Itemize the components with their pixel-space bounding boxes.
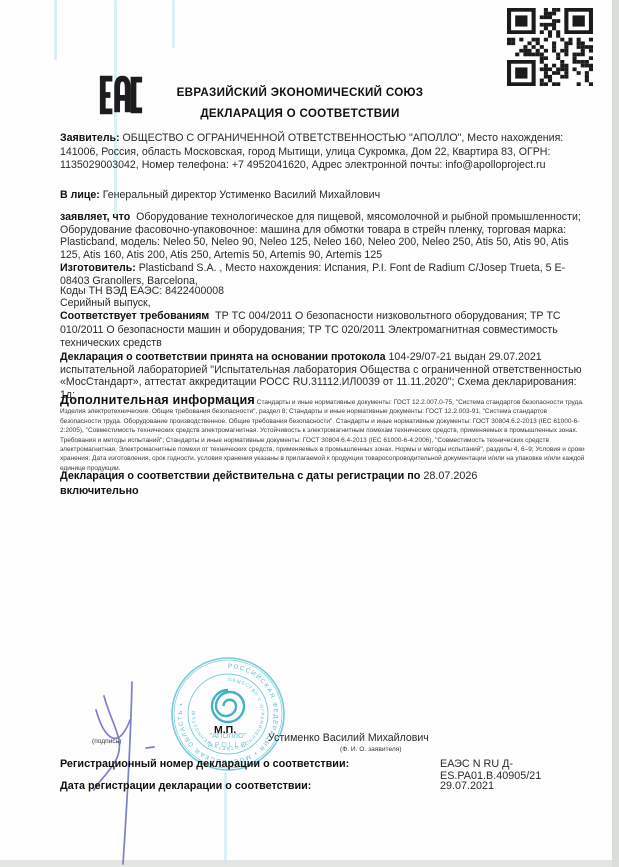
declares-label: заявляет, что (60, 211, 130, 223)
person-text: Генеральный директор Устименко Василий М… (103, 189, 380, 201)
additional-info-text: Стандарты и иные нормативные документы: … (60, 399, 585, 472)
qr-code-icon (507, 8, 593, 86)
validity-suffix: включительно (60, 485, 139, 497)
basis-label: Декларация о соответствии принята на осн… (60, 351, 386, 363)
document-title: ДЕКЛАРАЦИЯ О СООТВЕТСТВИИ (0, 107, 600, 120)
manufacturer-paragraph: Изготовитель: Plasticband S.A. , Место н… (60, 262, 587, 287)
mp-seal-label: М.П. (214, 724, 236, 736)
person-label: В лице: (60, 189, 100, 201)
validity-label: Декларация о соответствии действительна … (60, 470, 420, 482)
applicant-label: Заявитель: (60, 132, 120, 144)
scan-streak (54, 0, 57, 60)
registration-date-row: Дата регистрации декларации о соответств… (60, 780, 600, 792)
complies-paragraph: Соответствует требованиям ТР ТС 004/2011… (60, 310, 587, 351)
registration-number-row: Регистрационный номер декларации о соотв… (60, 758, 600, 770)
stamp-center-text-2: APOLLO (208, 742, 248, 749)
tnved-line: Коды ТН ВЭД ЕАЭС: 8422400008 (60, 285, 224, 297)
signature-caption: (подпись) (92, 738, 121, 745)
stamp-swirl-icon (212, 690, 244, 722)
serial-line: Серийный выпуск, (60, 297, 151, 309)
declares-paragraph: заявляет, что Оборудование технологическ… (60, 211, 587, 262)
union-title: ЕВРАЗИЙСКИЙ ЭКОНОМИЧЕСКИЙ СОЮЗ (0, 86, 600, 99)
manufacturer-label: Изготовитель: (60, 262, 136, 274)
person-paragraph: В лице: Генеральный директор Устименко В… (60, 189, 587, 203)
fio-caption: (Ф. И. О. заявителя) (340, 746, 402, 753)
registration-number-label: Регистрационный номер декларации о соотв… (60, 758, 349, 770)
manufacturer-text: Plasticband S.A. , Место нахождения: Исп… (60, 262, 565, 287)
applicant-paragraph: Заявитель: ОБЩЕСТВО С ОГРАНИЧЕННОЙ ОТВЕТ… (60, 132, 587, 173)
registration-number-value: ЕАЭС N RU Д-ES.PA01.B.40905/21 (440, 758, 600, 782)
complies-label: Соответствует требованиям (60, 310, 209, 322)
additional-info-label: Дополнительная информация (60, 393, 255, 407)
declares-text: Оборудование технологическое для пищевой… (60, 211, 581, 261)
validity-date: 28.07.2026 (423, 470, 477, 482)
registration-date-label: Дата регистрации декларации о соответств… (60, 780, 311, 792)
scan-streak (172, 0, 175, 48)
applicant-name: Устименко Василий Михайлович (268, 732, 429, 744)
declaration-document-page: ЕВРАЗИЙСКИЙ ЭКОНОМИЧЕСКИЙ СОЮЗ ДЕКЛАРАЦИ… (0, 0, 619, 867)
applicant-text: ОБЩЕСТВО С ОГРАНИЧЕННОЙ ОТВЕТСТВЕННОСТЬЮ… (60, 132, 563, 171)
validity-paragraph: Декларация о соответствии действительна … (60, 469, 587, 499)
scan-edge (612, 0, 619, 867)
registration-date-value: 29.07.2021 (440, 780, 494, 792)
additional-info-paragraph: Дополнительная информация Стандарты и ин… (60, 396, 587, 473)
